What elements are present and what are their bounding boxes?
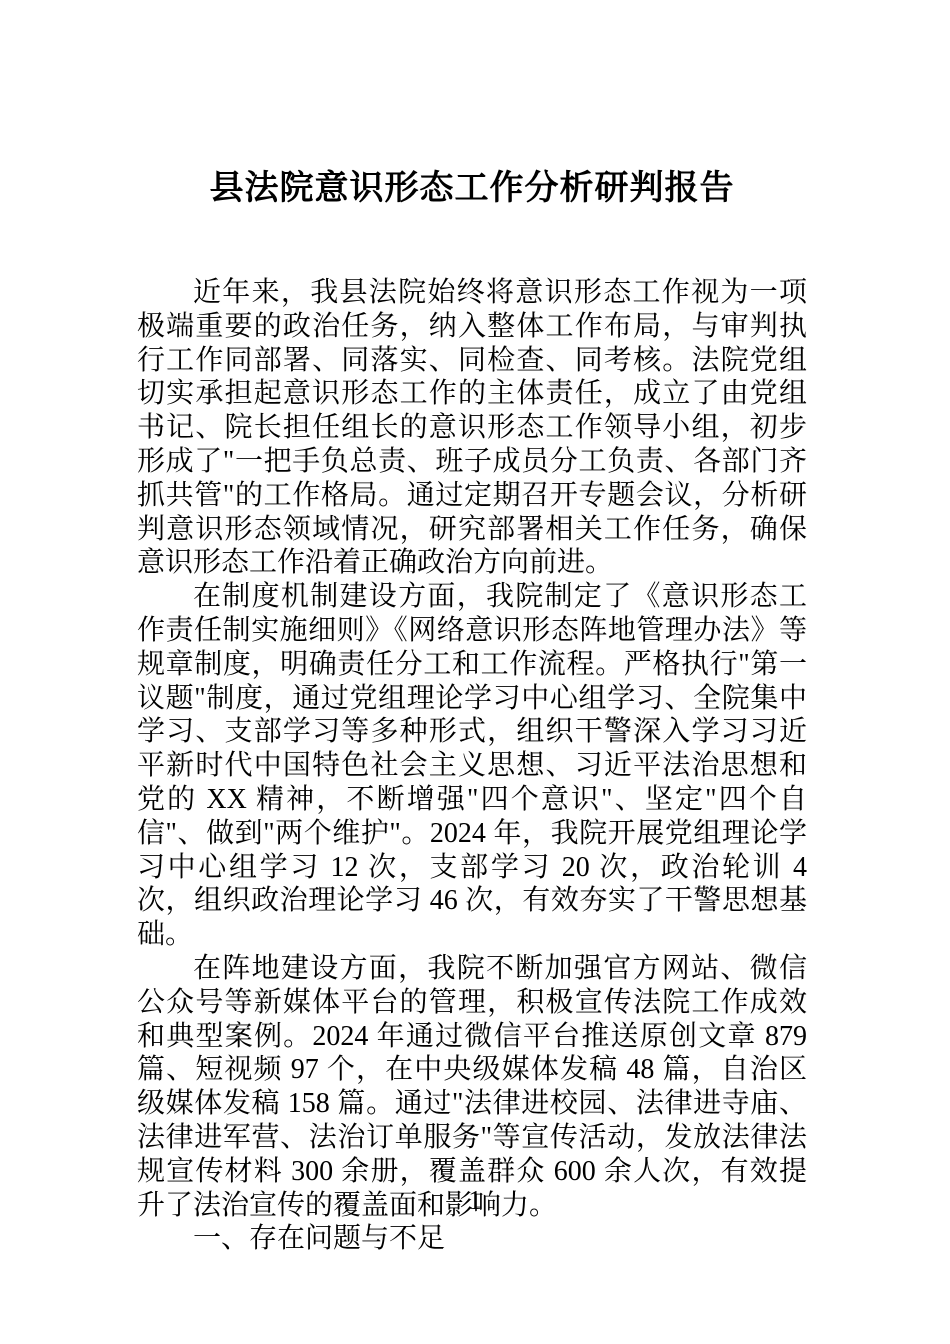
section-heading: 一、存在问题与不足	[137, 1222, 807, 1256]
document-content: 县法院意识形态工作分析研判报告 近年来，我县法院始终将意识形态工作视为一项极端重…	[137, 162, 807, 1256]
body-paragraph: 在制度机制建设方面，我院制定了《意识形态工作责任制实施细则》《网络意识形态阵地管…	[137, 580, 807, 952]
body-paragraph: 在阵地建设方面，我院不断加强官方网站、微信公众号等新媒体平台的管理，积极宣传法院…	[137, 952, 807, 1222]
document-body: 近年来，我县法院始终将意识形态工作视为一项极端重要的政治任务，纳入整体工作布局，…	[137, 276, 807, 1256]
page-number: 1	[0, 1184, 950, 1217]
body-paragraph: 近年来，我县法院始终将意识形态工作视为一项极端重要的政治任务，纳入整体工作布局，…	[137, 276, 807, 580]
document-title: 县法院意识形态工作分析研判报告	[137, 162, 807, 214]
document-page: 县法院意识形态工作分析研判报告 近年来，我县法院始终将意识形态工作视为一项极端重…	[0, 0, 950, 1344]
